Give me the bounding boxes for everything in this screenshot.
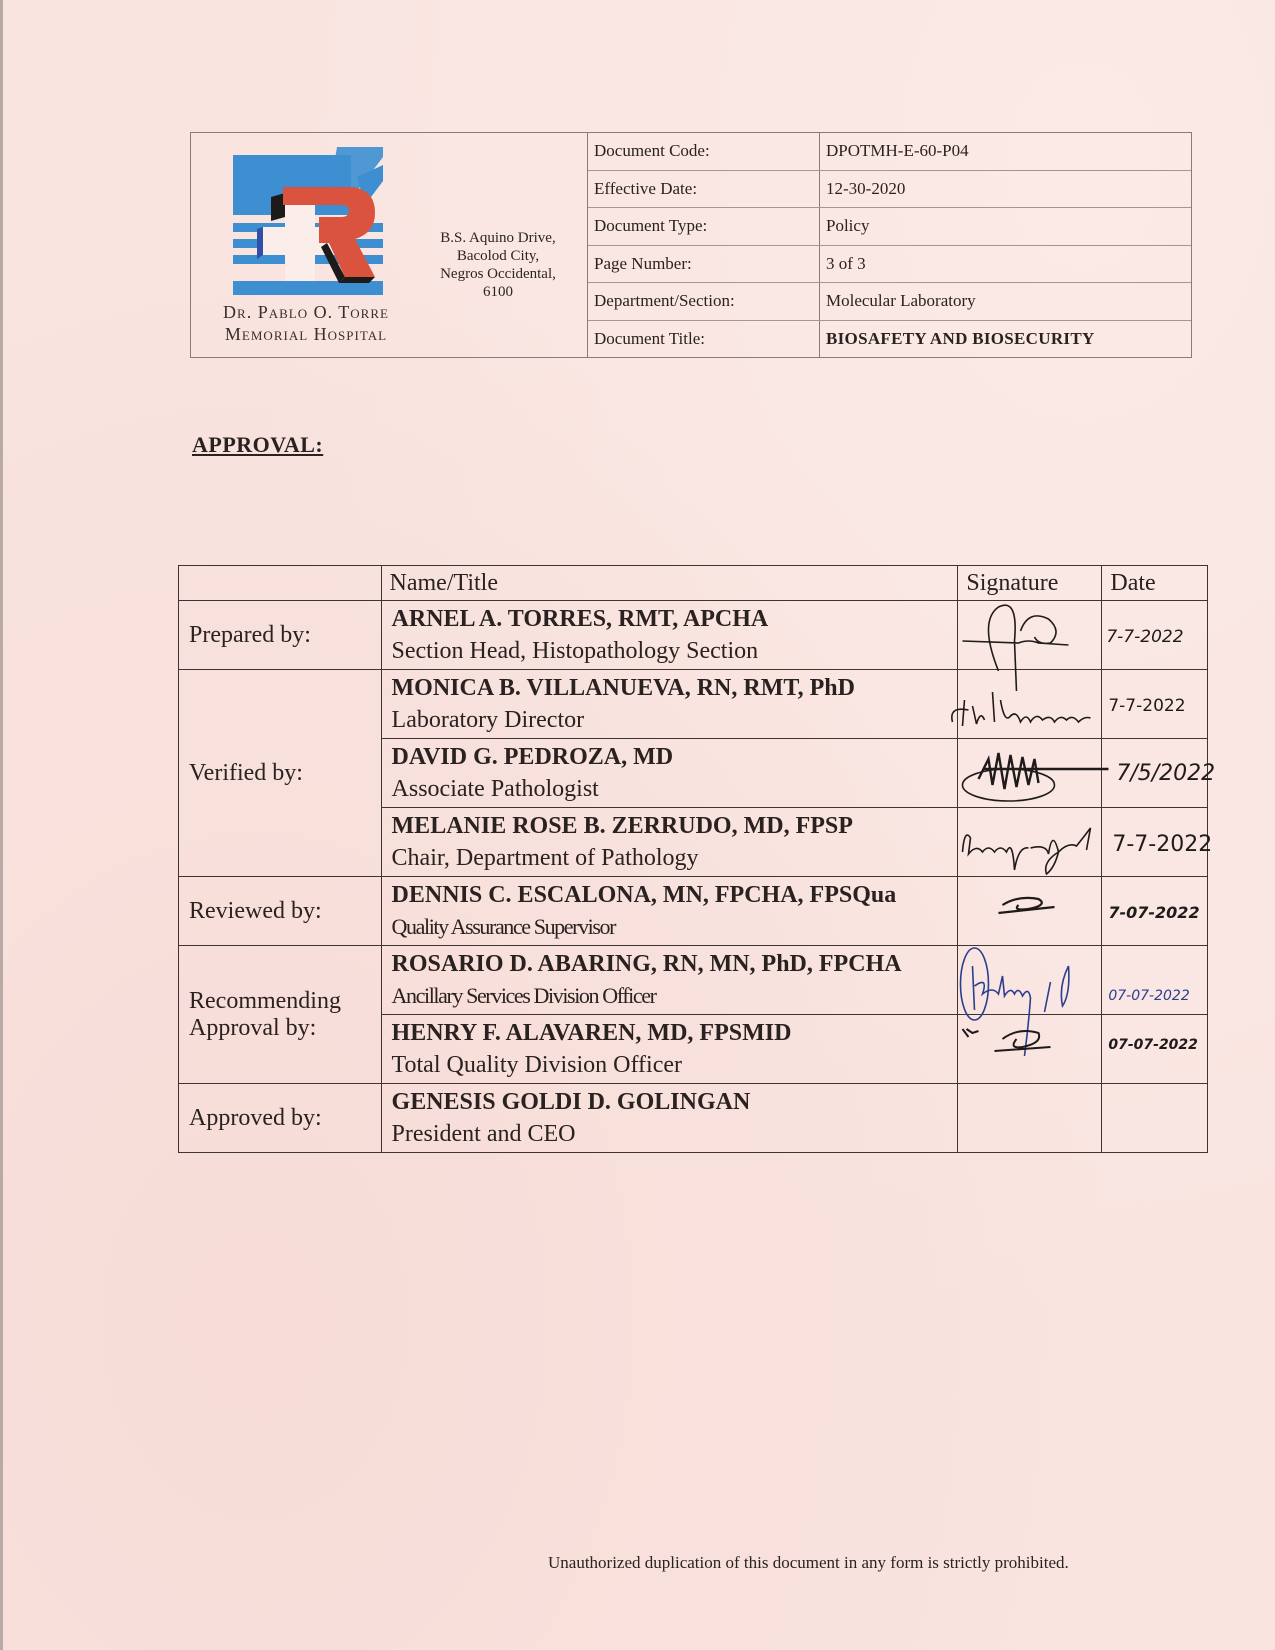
approval-table: Name/Title Signature Date Prepared by: A… xyxy=(178,565,1208,1153)
group-label: Prepared by: xyxy=(179,601,382,670)
approval-heading: APPROVAL: xyxy=(192,432,323,458)
signature-date: 7/5/2022 xyxy=(1116,761,1215,786)
signature-date: 7-07-2022 xyxy=(1108,903,1199,922)
signature-cell xyxy=(958,1015,1102,1084)
signatory-title: Chair, Department of Pathology xyxy=(392,842,958,874)
table-row: Recommending Approval by: ROSARIO D. ABA… xyxy=(179,946,1208,1015)
signature-icon xyxy=(958,877,1101,945)
logo-cell: Dr. Pablo O. Torre Memorial Hospital B.S… xyxy=(191,133,588,357)
signatory-title: President and CEO xyxy=(392,1118,958,1150)
signature-icon xyxy=(958,601,1101,669)
signature-date: 07-07-2022 xyxy=(1108,988,1189,1004)
signatory-title: Ancillary Services Division Officer xyxy=(392,980,958,1012)
date-cell xyxy=(1102,1084,1208,1153)
group-label: Approved by: xyxy=(179,1084,382,1153)
meta-row-document-title: Document Title: BIOSAFETY AND BIOSECURIT… xyxy=(588,321,1191,358)
signature-icon xyxy=(958,739,1101,807)
table-row: Approved by: GENESIS GOLDI D. GOLINGAN P… xyxy=(179,1084,1208,1153)
signature-date: 7-7-2022 xyxy=(1108,696,1185,716)
signature-cell xyxy=(958,601,1102,670)
scan-edge xyxy=(0,0,3,1650)
signature-cell xyxy=(958,877,1102,946)
signature-cell xyxy=(958,946,1102,1015)
document-meta-table: Document Code: DPOTMH-E-60-P04 Effective… xyxy=(588,133,1191,357)
signature-cell xyxy=(958,808,1102,877)
meta-row-department: Department/Section: Molecular Laboratory xyxy=(588,283,1191,321)
signature-date: 07-07-2022 xyxy=(1108,1037,1198,1053)
signature-cell xyxy=(958,1084,1102,1153)
signatory-title: Associate Pathologist xyxy=(392,773,958,805)
signature-date: 7-7-2022 xyxy=(1112,832,1212,857)
signatory-title: Quality Assurance Supervisor xyxy=(392,911,958,943)
hospital-address: B.S. Aquino Drive, Bacolod City, Negros … xyxy=(413,229,583,301)
meta-row-document-code: Document Code: DPOTMH-E-60-P04 xyxy=(588,133,1191,171)
group-label: Recommending Approval by: xyxy=(179,946,382,1084)
signatory-name: MELANIE ROSE B. ZERRUDO, MD, FPSP xyxy=(392,810,958,842)
signature-cell xyxy=(958,670,1102,739)
meta-row-effective-date: Effective Date: 12-30-2020 xyxy=(588,171,1191,209)
signatory-title: Section Head, Histopathology Section xyxy=(392,635,958,667)
hospital-name: Dr. Pablo O. Torre Memorial Hospital xyxy=(197,301,415,345)
signatory-name: HENRY F. ALAVAREN, MD, FPSMID xyxy=(392,1017,958,1049)
hospital-logo-icon xyxy=(227,147,383,297)
table-row: Reviewed by: DENNIS C. ESCALONA, MN, FPC… xyxy=(179,877,1208,946)
signatory-name: MONICA B. VILLANUEVA, RN, RMT, PhD xyxy=(392,672,958,704)
signature-cell xyxy=(958,739,1102,808)
signature-icon xyxy=(958,670,1101,738)
footer-notice: Unauthorized duplication of this documen… xyxy=(548,1553,1069,1573)
signature-date: 7-7-2022 xyxy=(1106,627,1183,647)
meta-row-document-type: Document Type: Policy xyxy=(588,208,1191,246)
signatory-title: Laboratory Director xyxy=(392,704,958,736)
meta-row-page-number: Page Number: 3 of 3 xyxy=(588,246,1191,284)
signatory-name: GENESIS GOLDI D. GOLINGAN xyxy=(392,1086,958,1118)
group-label: Reviewed by: xyxy=(179,877,382,946)
approval-table-header: Name/Title Signature Date xyxy=(179,566,1208,601)
table-row: Prepared by: ARNEL A. TORRES, RMT, APCHA… xyxy=(179,601,1208,670)
signatory-name: DAVID G. PEDROZA, MD xyxy=(392,741,958,773)
signature-icon xyxy=(958,1015,1101,1083)
signatory-name: ARNEL A. TORRES, RMT, APCHA xyxy=(392,603,958,635)
table-row: Verified by: MONICA B. VILLANUEVA, RN, R… xyxy=(179,670,1208,739)
signature-icon xyxy=(958,808,1101,876)
group-label: Verified by: xyxy=(179,670,382,877)
document-header: Dr. Pablo O. Torre Memorial Hospital B.S… xyxy=(190,132,1192,358)
signatory-title: Total Quality Division Officer xyxy=(392,1049,958,1081)
signatory-name: ROSARIO D. ABARING, RN, MN, PhD, FPCHA xyxy=(392,948,958,980)
signature-icon xyxy=(958,946,1101,1014)
signatory-name: DENNIS C. ESCALONA, MN, FPCHA, FPSQua xyxy=(392,879,958,911)
